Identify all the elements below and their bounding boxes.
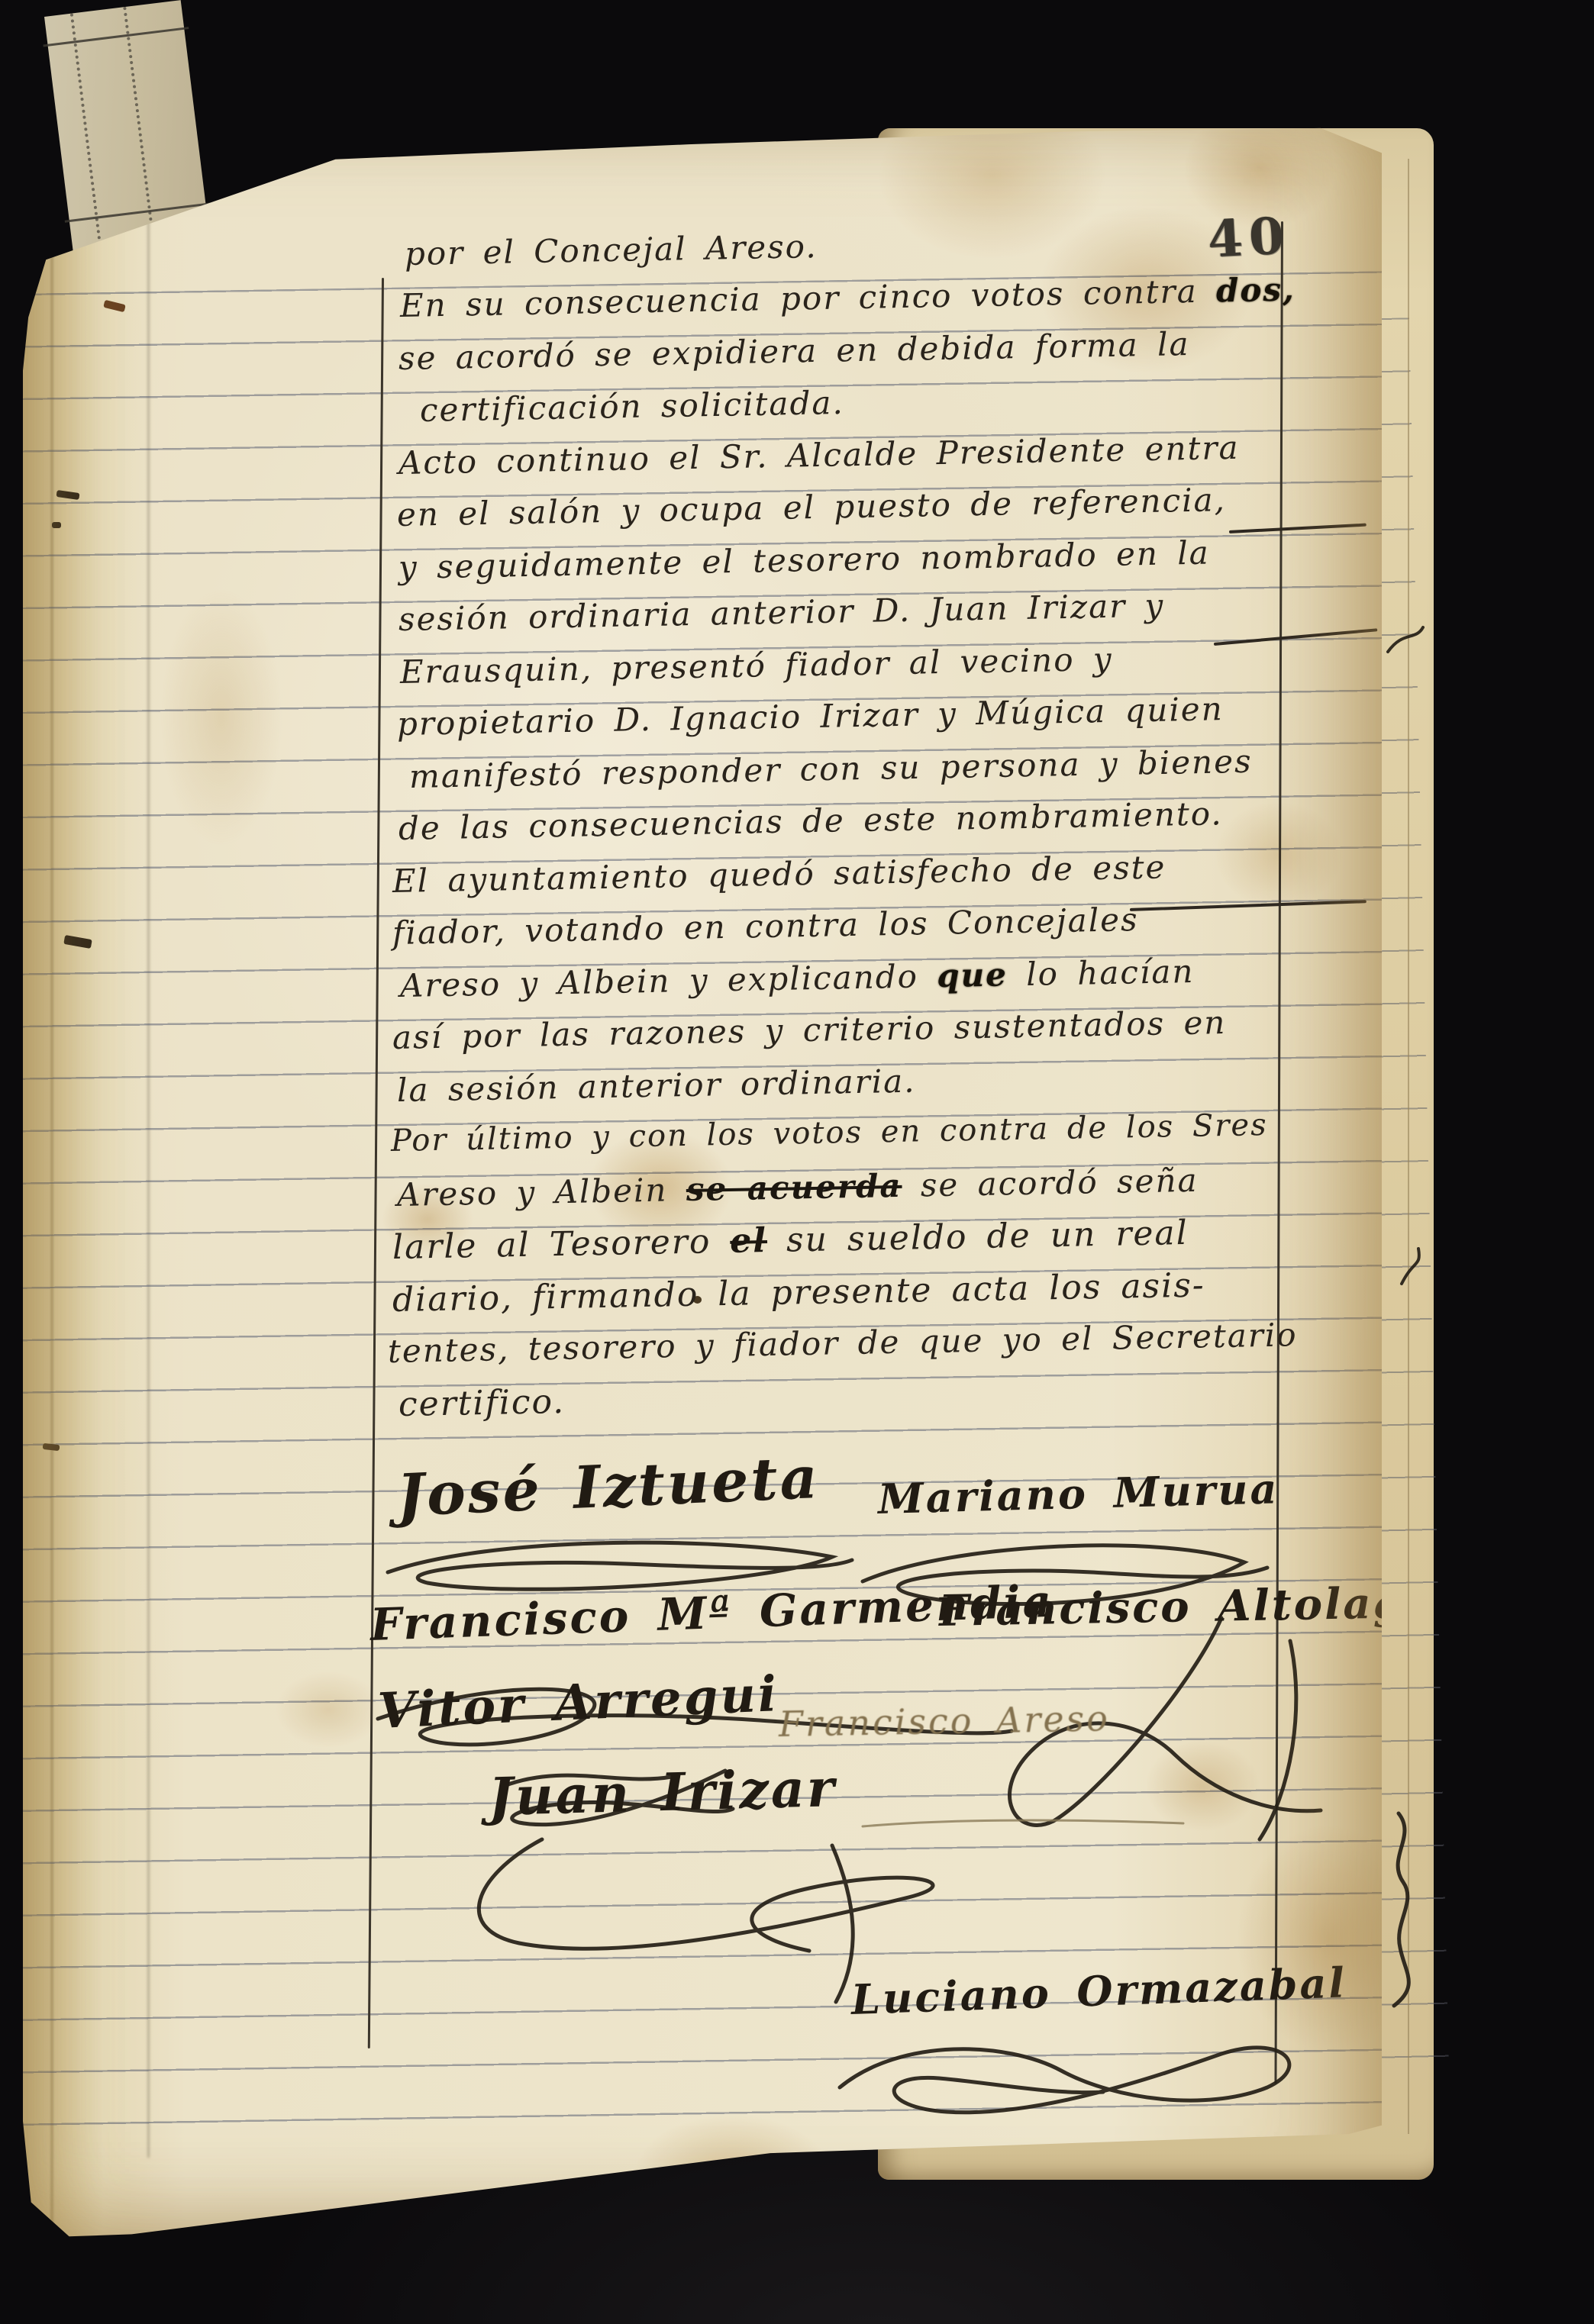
perforation-dotted-line bbox=[123, 7, 156, 257]
signature-name: Francisco Altolaguirre bbox=[938, 1575, 1536, 1636]
manuscript-text: larle al Tesorero bbox=[392, 1222, 731, 1267]
ink-speck bbox=[350, 142, 357, 148]
signature-text: Francisco Altolaguirre bbox=[938, 1575, 1536, 1636]
stain bbox=[634, 2114, 832, 2236]
signature-name: Francisco Areso bbox=[779, 1697, 1111, 1745]
stain bbox=[878, 92, 1107, 259]
manuscript-text: el bbox=[730, 1221, 768, 1261]
underpage-edge-line bbox=[1408, 159, 1409, 2134]
manuscript-text: se acuerda bbox=[686, 1167, 902, 1208]
signature-name: Juan Irizar bbox=[488, 1758, 837, 1828]
manuscript-text: Areso y Albein bbox=[397, 1171, 687, 1214]
binding-stitch bbox=[52, 522, 61, 528]
signature-text: Francisco Areso bbox=[779, 1697, 1111, 1745]
tab-ruled-line bbox=[43, 27, 189, 47]
photograph-of-ledger-page: 40 por el Concejal Areso. En su consecue… bbox=[0, 0, 1594, 2324]
signature-text: Juan Irizar bbox=[488, 1758, 837, 1828]
perforation-dotted-line bbox=[70, 13, 104, 263]
manuscript-line: por el Concejal Areso. bbox=[405, 227, 818, 272]
manuscript-text: certificación solicitada. bbox=[420, 384, 845, 429]
manuscript-text: que bbox=[937, 956, 1008, 994]
manuscript-text: su sueldo de un real bbox=[767, 1214, 1189, 1260]
manuscript-text: por el Concejal Areso. bbox=[405, 227, 818, 272]
manuscript-line: certificación solicitada. bbox=[420, 384, 845, 429]
manuscript-line: certifico. bbox=[398, 1382, 566, 1424]
manuscript-text: se acordó seña bbox=[902, 1162, 1199, 1204]
manuscript-page: 40 por el Concejal Areso. En su consecue… bbox=[23, 114, 1382, 2249]
stain bbox=[450, 2190, 595, 2274]
manuscript-text: certifico. bbox=[398, 1382, 566, 1424]
manuscript-text: dos, bbox=[1216, 271, 1296, 310]
manuscript-text: lo hacían bbox=[1007, 952, 1194, 993]
page-number-stamp: 40 bbox=[1206, 205, 1292, 269]
